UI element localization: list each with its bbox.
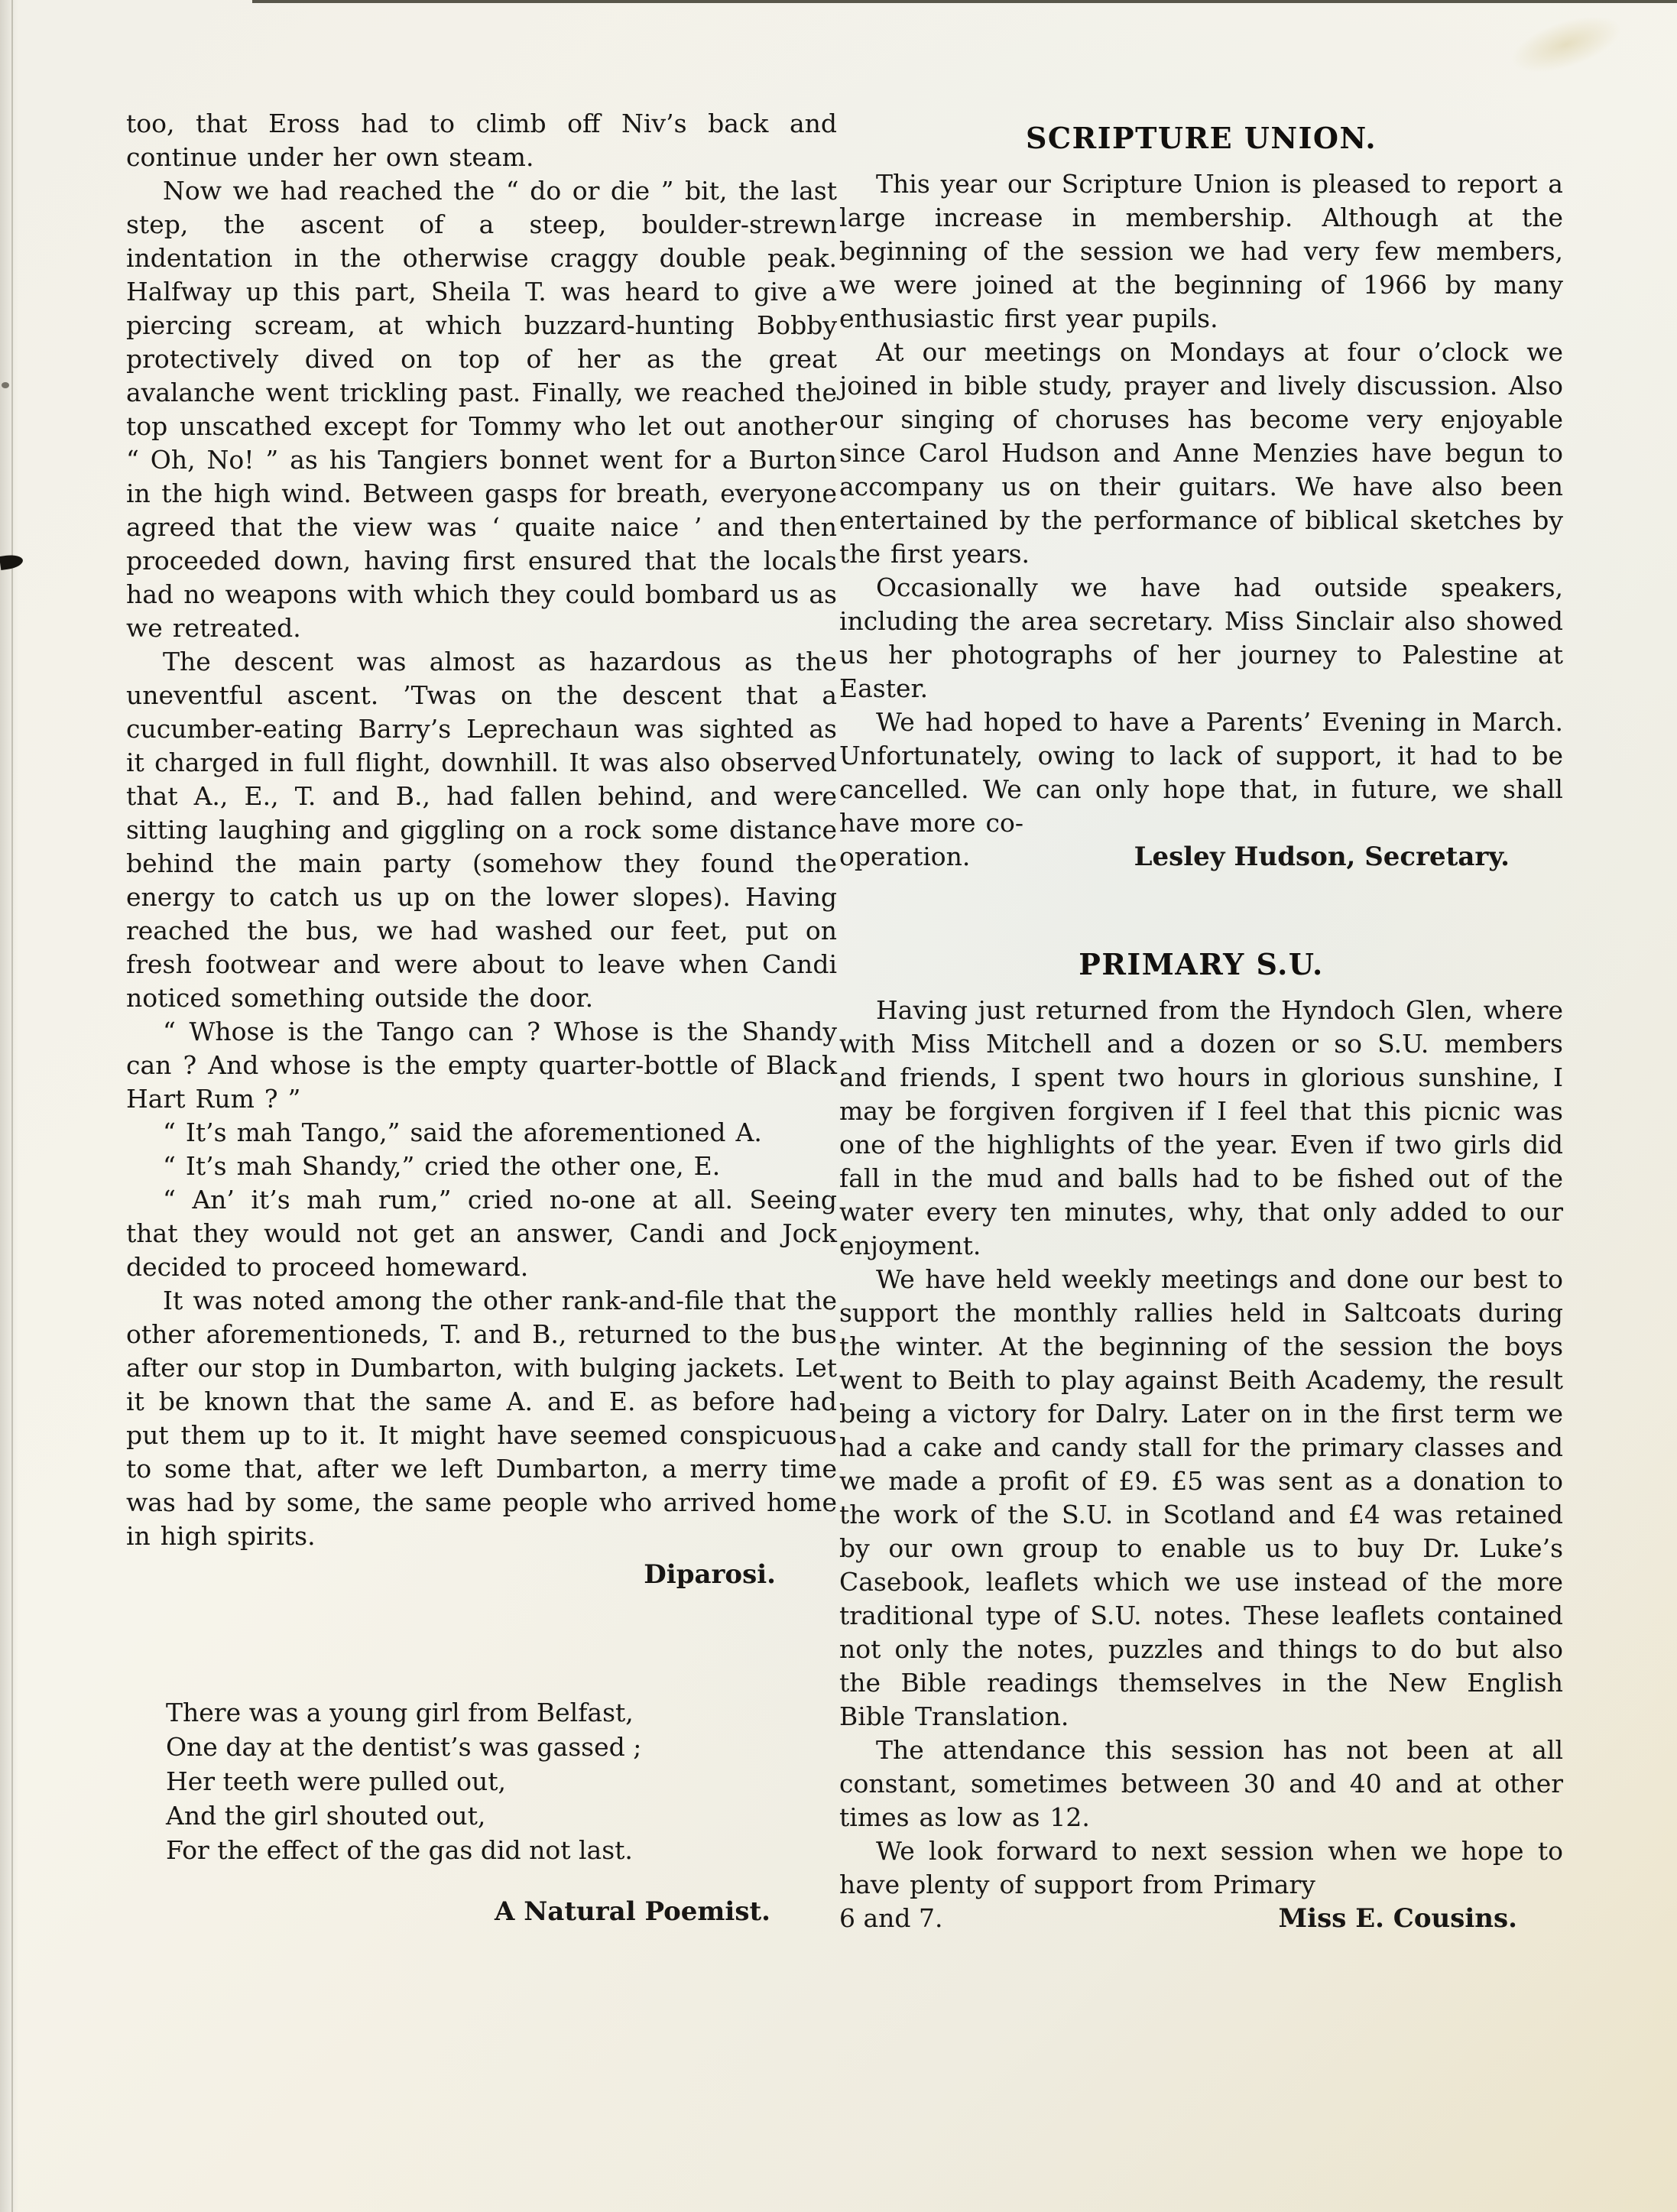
corner-stain <box>1504 5 1627 83</box>
scan-left-edge <box>0 0 18 2212</box>
dialogue-paragraph: “ Whose is the Tango can ? Whose is the … <box>126 1015 837 1116</box>
paragraph: At our meetings on Mondays at four o’clo… <box>839 336 1563 571</box>
paragraph: Now we had reached the “ do or die ” bit… <box>126 174 837 645</box>
signature-row: 6 and 7. Miss E. Cousins. <box>839 1902 1563 1935</box>
scan-spine-line <box>11 0 13 2212</box>
page: too, that Eross had to climb off Niv’s b… <box>0 0 1677 2212</box>
paragraph: We have held weekly meetings and done ou… <box>839 1263 1563 1734</box>
section-title: PRIMARY S.U. <box>839 947 1563 981</box>
dialogue-paragraph: “ It’s mah Shandy,” cried the other one,… <box>126 1150 837 1183</box>
section-primary-su: PRIMARY S.U. Having just returned from t… <box>839 947 1563 1935</box>
dialogue-paragraph: “ An’ it’s mah rum,” cried no-one at all… <box>126 1183 837 1284</box>
paragraph: Having just returned from the Hyndoch Gl… <box>839 994 1563 1263</box>
right-column: SCRIPTURE UNION. This year our Scripture… <box>839 107 1563 1935</box>
paragraph: The descent was almost as hazardous as t… <box>126 645 837 1015</box>
ink-speck <box>2 382 9 388</box>
poem-byline: A Natural Poemist. <box>166 1895 837 1929</box>
limerick-poem: There was a young girl from Belfast, One… <box>126 1695 837 1929</box>
signature-row: operation. Lesley Hudson, Secretary. <box>839 840 1563 874</box>
signature-lead: operation. <box>839 840 970 874</box>
section-title: SCRIPTURE UNION. <box>839 121 1563 155</box>
section-scripture-union: SCRIPTURE UNION. This year our Scripture… <box>839 121 1563 874</box>
paragraph: The attendance this session has not been… <box>839 1734 1563 1834</box>
signature-name: Miss E. Cousins. <box>1279 1902 1517 1935</box>
paragraph: This year our Scripture Union is pleased… <box>839 167 1563 336</box>
article-byline: Diparosi. <box>126 1559 837 1590</box>
poem-line: For the effect of the gas did not last. <box>166 1833 837 1867</box>
signature-lead: 6 and 7. <box>839 1902 943 1935</box>
paragraph: We had hoped to have a Parents’ Evening … <box>839 705 1563 840</box>
paragraph: too, that Eross had to climb off Niv’s b… <box>126 107 837 174</box>
paragraph: We look forward to next session when we … <box>839 1834 1563 1902</box>
ink-blot <box>0 553 24 570</box>
scan-top-edge-line <box>252 0 1677 3</box>
dialogue-paragraph: “ It’s mah Tango,” said the aforemention… <box>126 1116 837 1150</box>
signature-name: Lesley Hudson, Secretary. <box>1134 840 1510 874</box>
poem-line: And the girl shouted out, <box>166 1798 837 1833</box>
poem-line: Her teeth were pulled out, <box>166 1764 837 1798</box>
left-column: too, that Eross had to climb off Niv’s b… <box>126 107 837 1929</box>
poem-line: One day at the dentist’s was gassed ; <box>166 1730 837 1764</box>
poem-line: There was a young girl from Belfast, <box>166 1695 837 1730</box>
paragraph: Occasionally we have had outside speaker… <box>839 571 1563 705</box>
paragraph: It was noted among the other rank-and-fi… <box>126 1284 837 1553</box>
